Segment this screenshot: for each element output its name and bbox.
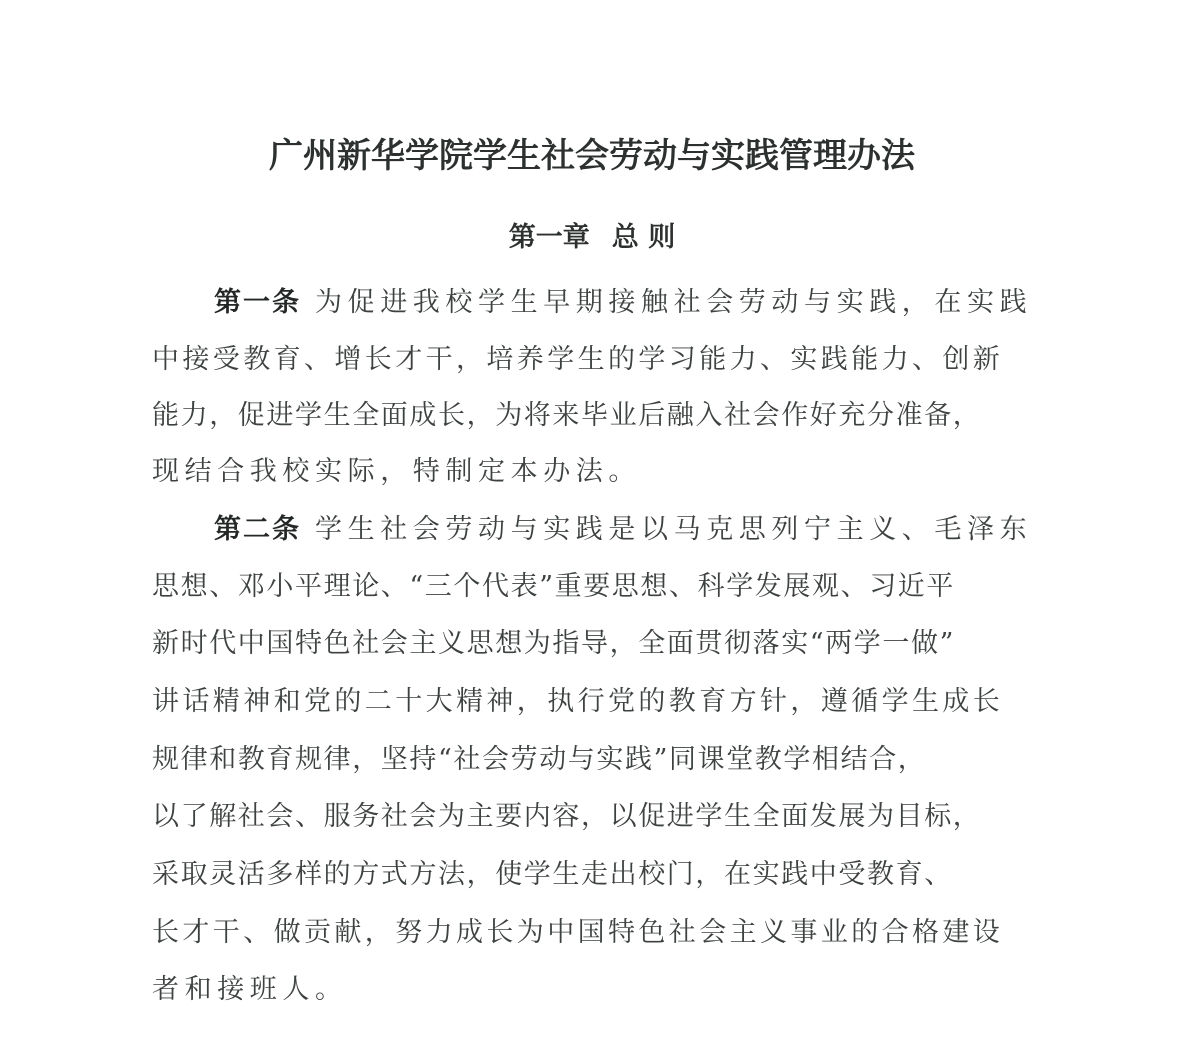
- document-page: 广州新华学院学生社会劳动与实践管理办法 第一章总 则 第一条为促进我校学生早期接…: [0, 0, 1184, 1038]
- article-1-line-3: 能力，促进学生全面成长，为将来毕业后融入社会作好充分准备，: [152, 396, 1032, 436]
- article-1-label: 第一条: [214, 287, 301, 318]
- article-2-label: 第二条: [214, 514, 301, 545]
- chapter-heading: 第一章总 则: [0, 218, 1184, 258]
- article-2-line-4: 讲话精神和党的二十大精神，执行党的教育方针，遵循学生成长: [152, 682, 1032, 722]
- article-2-line-1: 第二条学生社会劳动与实践是以马克思列宁主义、毛泽东: [214, 510, 1032, 550]
- chapter-name: 总 则: [612, 222, 675, 253]
- article-1-line-1: 第一条为促进我校学生早期接触社会劳动与实践，在实践: [214, 283, 1032, 323]
- article-2-line-3: 新时代中国特色社会主义思想为指导，全面贯彻落实“两学一做”: [152, 624, 1032, 664]
- chapter-label: 第一章: [509, 222, 590, 253]
- article-1-text: 为促进我校学生早期接触社会劳动与实践，在实践: [315, 287, 1032, 318]
- article-2-line-8: 长才干、做贡献，努力成长为中国特色社会主义事业的合格建设: [152, 913, 1032, 953]
- article-2-line-7: 采取灵活多样的方式方法，使学生走出校门，在实践中受教育、: [152, 855, 1032, 895]
- article-1-line-2: 中接受教育、增长才干，培养学生的学习能力、实践能力、创新: [152, 340, 1032, 380]
- article-2-line-6: 以了解社会、服务社会为主要内容，以促进学生全面发展为目标，: [152, 797, 1032, 837]
- document-title: 广州新华学院学生社会劳动与实践管理办法: [0, 132, 1184, 180]
- article-1-line-4: 现结合我校实际，特制定本办法。: [152, 452, 1032, 492]
- article-2-line-2: 思想、邓小平理论、“三个代表”重要思想、科学发展观、习近平: [152, 567, 1032, 607]
- article-2-line-9: 者和接班人。: [152, 970, 1032, 1010]
- article-2-text: 学生社会劳动与实践是以马克思列宁主义、毛泽东: [315, 514, 1032, 545]
- article-2-line-5: 规律和教育规律，坚持“社会劳动与实践”同课堂教学相结合，: [152, 740, 1032, 780]
